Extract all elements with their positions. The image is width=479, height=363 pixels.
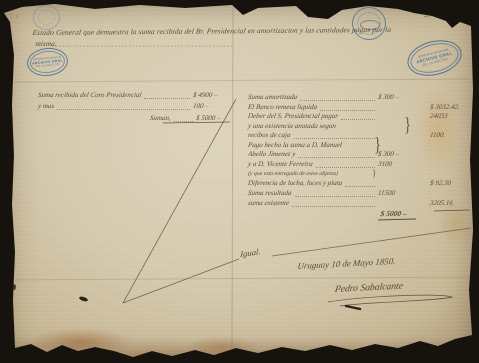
closing-diagonal-line [123,259,239,303]
amount-underline [434,210,470,211]
ledger-row: Suma amortizada $ 300 – [248,93,472,101]
row-label: (y que esta entregado de estos objetos) [247,170,338,178]
row-amount-right: $ 92.30 [429,179,472,187]
dotted-leader [294,133,375,139]
grouping-brace: } [372,168,376,178]
round-stamp-faint-icon [33,5,60,30]
ledger-row: Deber del S. Presidencial pagar 24033 [248,112,472,120]
row-label: Suma resultada [247,189,292,197]
spacer [341,173,375,178]
row-amount-right: 24033 [429,112,472,120]
row-label: Deber del S. Presidencial pagar [247,112,338,120]
document-title-line2: misma. [35,39,57,48]
row-label: Abello Jimenez y [247,150,296,158]
dotted-leader [144,93,190,99]
document-paper: 2 J 6 2.7-6 ADMINISTRACION ARCHIVO GRAL … [0,0,479,363]
row-label: y a D. Vicente Ferreira [247,160,313,168]
round-stamp-center-icon [352,7,386,40]
dotted-leader [57,104,190,110]
oval-stamp-left-inner-ring [29,49,66,75]
document-title: Estado General que demuestra la suma rec… [32,25,392,37]
scan-background: 2 J 6 2.7-6 ADMINISTRACION ARCHIVO GRAL … [0,0,479,363]
signature-flourish [328,295,452,306]
dotted-leader [300,95,375,101]
row-amount: $ 4900 – [192,91,233,99]
archival-mark-top-left: 2 J 6 [4,14,19,20]
signature: Pedro Sabalcante [334,281,404,295]
ledger-total-row: Suman, $ 5000 – [150,114,233,122]
row-label: y una existencia anotada segun [247,122,336,130]
ledger-row: Pago hecho la suma a D. Manuel [248,141,472,149]
oval-stamp-right-inner-ring [407,38,461,77]
row-amount-right: $ 3032.42. [429,103,472,111]
row-label: Suma recibida del Coro Presidencial [37,91,142,99]
horizontal-fold-crease [14,79,470,82]
row-label: El Banco remesa liquida [247,103,317,111]
ledger-row: Diferencia de lucha, luces y plata $ 92.… [248,179,472,187]
total-label: Suman, [149,114,171,122]
row-label: y mas [37,102,54,110]
ledger-row: Suma recibida del Coro Presidencial $ 49… [38,91,233,99]
grand-total-underline [378,219,416,220]
row-amount: 100 – [192,102,233,110]
dotted-leader [298,152,375,158]
row-amount-mid: 3100 [377,160,430,168]
ledger-grand-total: $ 5000 – [380,209,408,218]
dotted-leader [341,114,375,120]
igual-connector-line [272,228,471,256]
archival-mark-top-right: 2.7-6 [424,12,439,19]
ledger-row: Abello Jimenez y $ 300 – [248,150,472,158]
spacer [345,144,375,149]
dateline: Uruguay 10 de Mayo 1850. [297,256,396,271]
ledger-row: recibos de caja 1100. [248,131,472,139]
signature-ink-dash [346,306,360,309]
row-amount-mid: 11500 [377,189,430,197]
oval-stamp-left: ADMINISTRACION ARCHIVO GRAL DE LA NACION [26,46,70,78]
dotted-leader [316,162,375,168]
row-label: Diferencia de lucha, luces y plata [247,179,342,187]
row-label: Pago hecho la suma a D. Manuel [247,141,342,149]
horizontal-fold-crease [14,277,470,280]
ledger-row: y una existencia anotada segun [248,122,472,130]
row-amount-mid: $ 300 – [377,93,430,101]
grouping-brace: } [374,135,381,157]
total-underline [163,122,230,123]
ink-blot-edge [12,284,16,290]
stain-bottom-edge [15,338,465,360]
dotted-leader [345,181,375,187]
row-label: recibos de caja [247,131,291,139]
row-label: suma existente [247,199,289,207]
vertical-fold-crease [232,8,233,350]
closing-diagonal-line [123,99,236,303]
row-amount-right: 1100. [429,131,472,139]
ledger-row: El Banco remesa liquida $ 3032.42. [248,103,472,111]
ledger-row: Suma resultada 11500 [248,189,472,197]
stain-bottom-left [28,328,133,356]
row-amount-mid: $ 300 – [377,150,430,158]
igual-annotation: Igual. [240,246,261,259]
row-label: Suma amortizada [247,93,297,101]
ink-blot [79,296,89,303]
ledger-row: (y que esta entregado de estos objetos) [248,170,472,178]
ledger-row: y mas 100 – [38,102,233,110]
dotted-leader [292,201,375,207]
row-amount-right: 3205.16 [429,199,472,207]
stain-bottom-mid [185,336,260,358]
dotted-leader [320,105,375,111]
oval-stamp-right: ADMINISTRACION ARCHIVO GRAL DE LA NACION [404,35,466,81]
dotted-leader [174,116,193,122]
total-amount: $ 5000 – [195,114,233,122]
spacer [339,125,375,130]
ledger-row: suma existente 3205.16 [248,199,472,207]
ledger-row: y a D. Vicente Ferreira 3100 [248,160,472,168]
grouping-brace: } [404,115,411,137]
dotted-leader [295,191,376,197]
